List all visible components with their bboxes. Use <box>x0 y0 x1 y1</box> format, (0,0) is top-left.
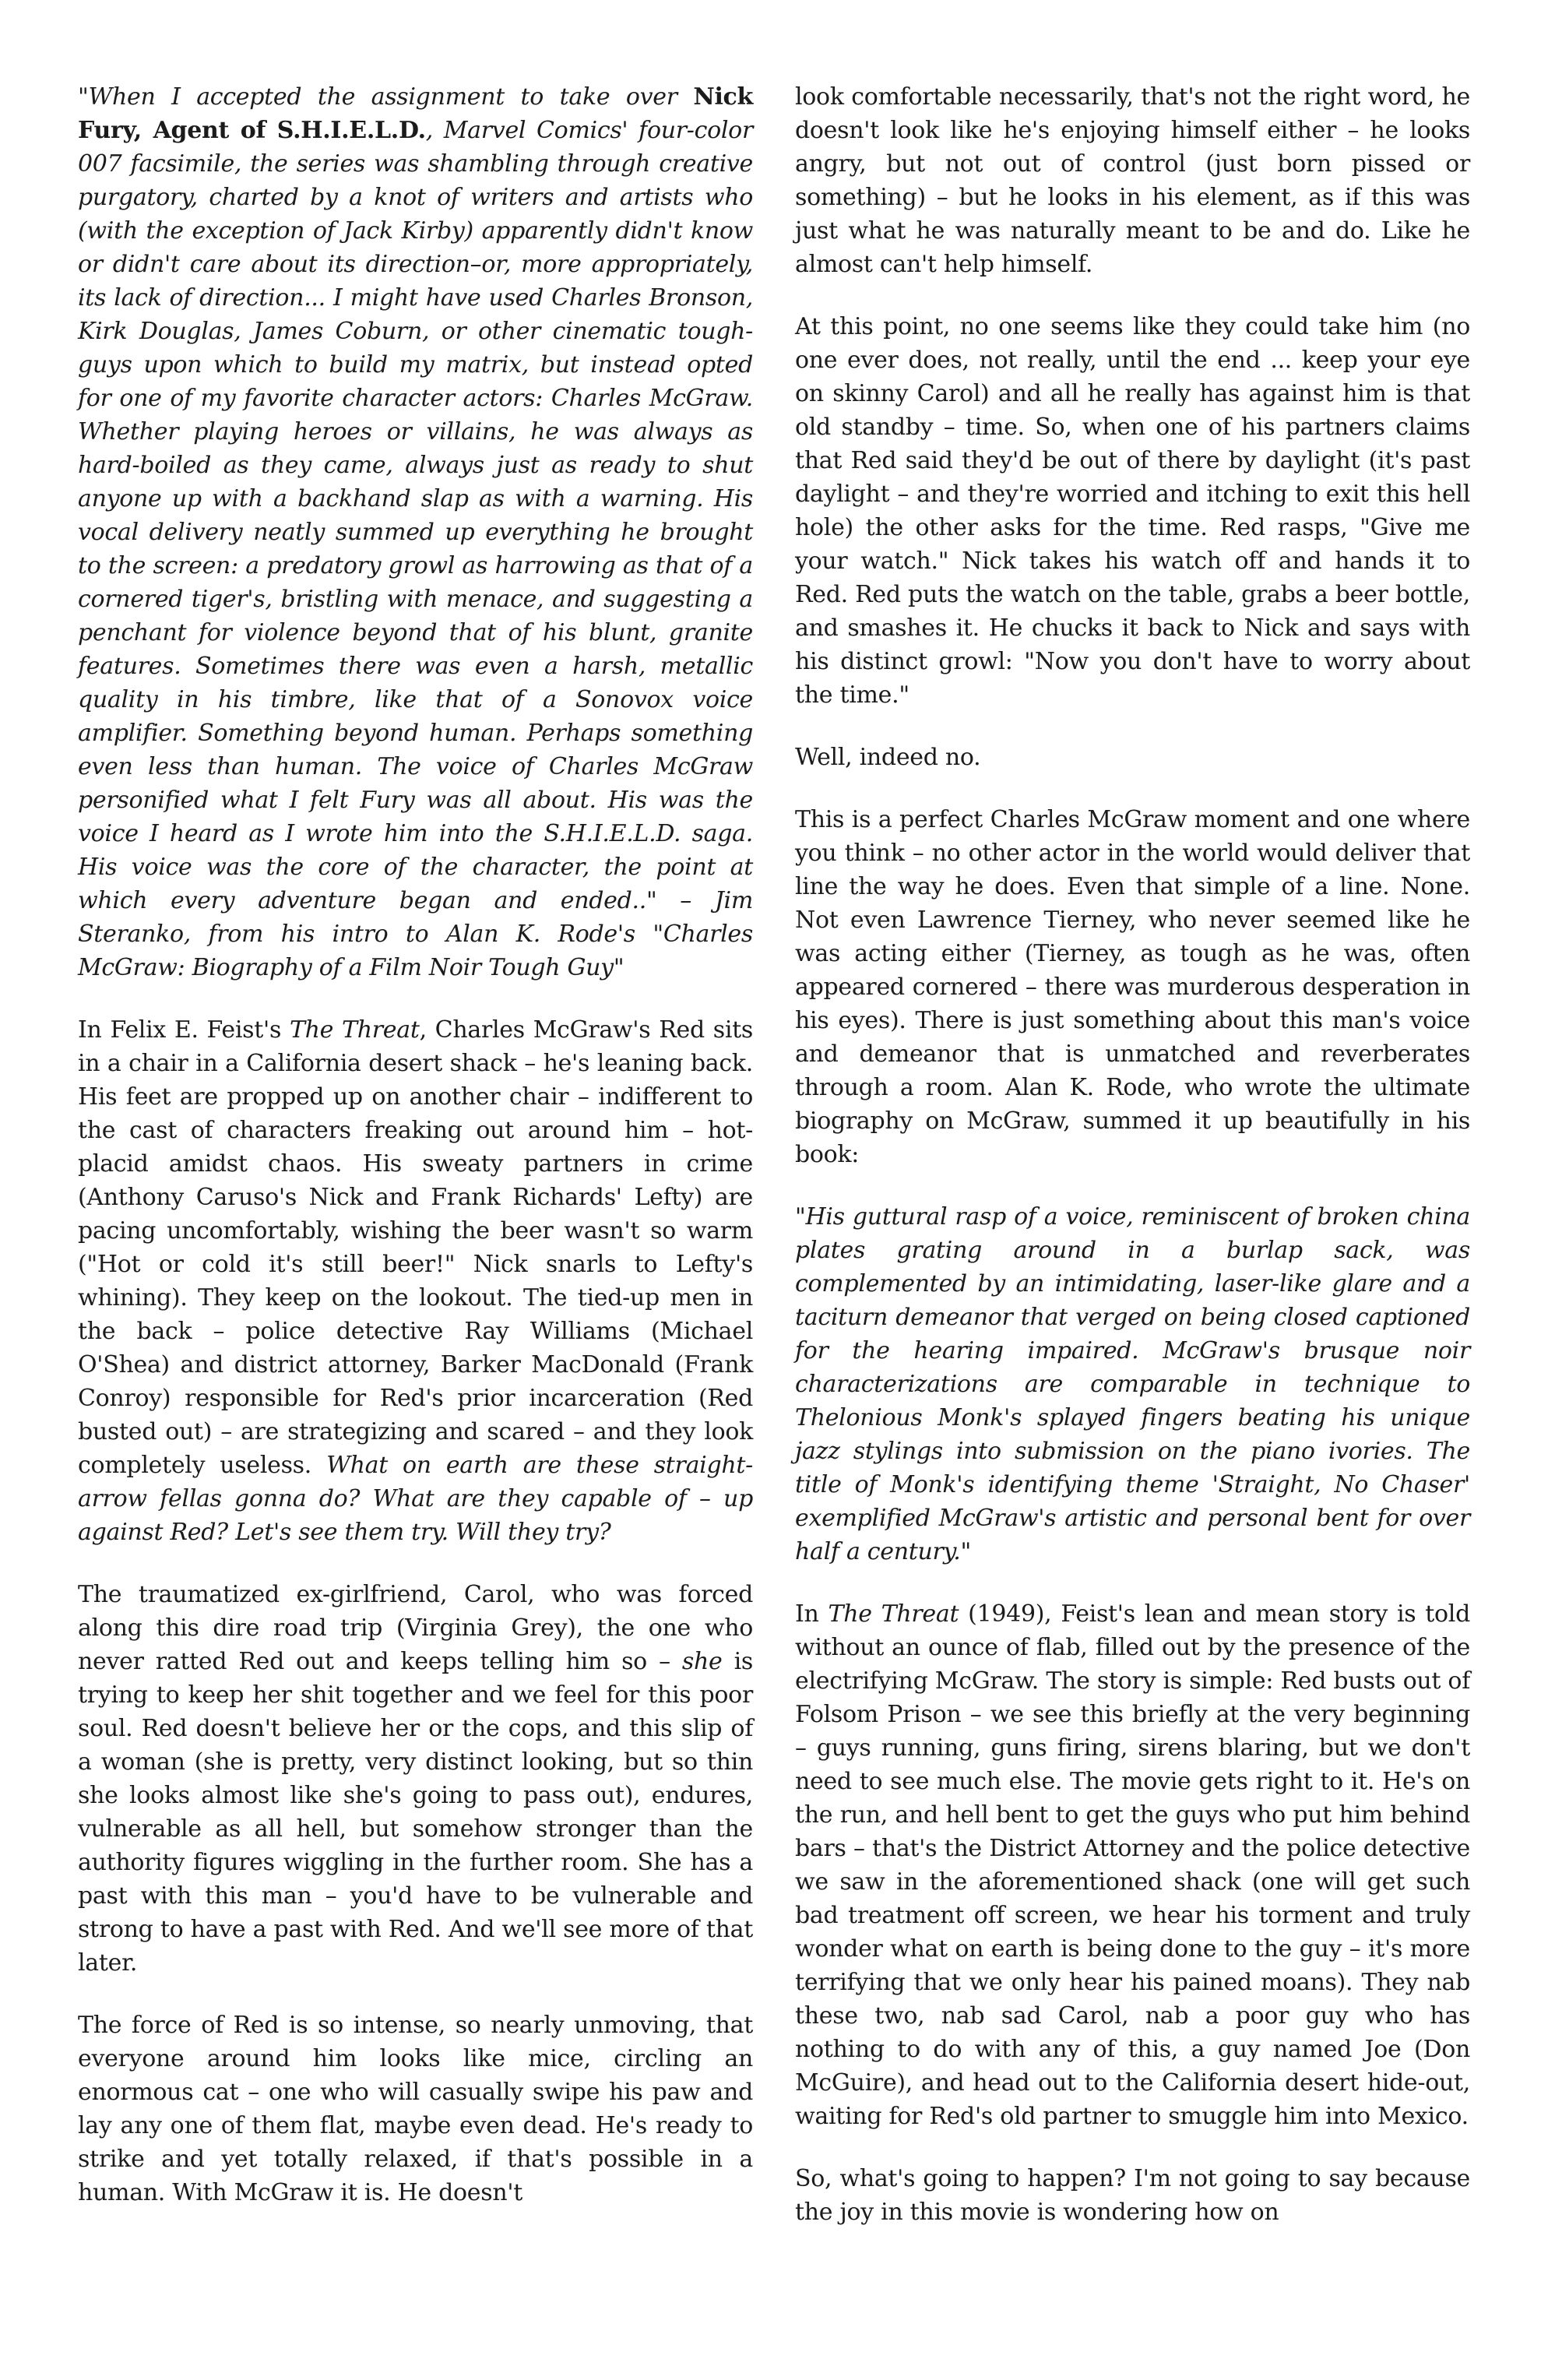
paragraph: "When I accepted the assignment to take … <box>78 80 753 984</box>
text-run: (1949), Feist's lean and mean story is t… <box>795 1600 1470 2130</box>
text-run: The Threat <box>290 1016 420 1044</box>
text-run: look comfortable necessarily, that's not… <box>795 83 1470 278</box>
left-column: "When I accepted the assignment to take … <box>78 80 753 2349</box>
paragraph: look comfortable necessarily, that's not… <box>795 80 1470 281</box>
paragraph: The traumatized ex-girlfriend, Carol, wh… <box>78 1578 753 1980</box>
text-run: she <box>682 1648 723 1675</box>
paragraph: At this point, no one seems like they co… <box>795 310 1470 712</box>
text-run: In <box>795 1600 829 1628</box>
paragraph: The force of Red is so intense, so nearl… <box>78 2009 753 2209</box>
text-run: is trying to keep her shit together and … <box>78 1648 753 1977</box>
text-run: The Threat <box>829 1600 959 1628</box>
text-run: At this point, no one seems like they co… <box>795 313 1470 709</box>
text-run: This is a perfect Charles McGraw moment … <box>795 806 1470 1168</box>
text-run: "His guttural rasp of a voice, reminisce… <box>795 1203 1470 1565</box>
paragraph: So, what's going to happen? I'm not goin… <box>795 2162 1470 2229</box>
text-run: Well, indeed no. <box>795 744 980 771</box>
paragraph: "His guttural rasp of a voice, reminisce… <box>795 1200 1470 1568</box>
text-run: , Marvel Comics' four-color 007 facsimil… <box>78 117 753 981</box>
text-run: In Felix E. Feist's <box>78 1016 290 1044</box>
text-run: So, what's going to happen? I'm not goin… <box>795 2165 1470 2226</box>
paragraph: In The Threat (1949), Feist's lean and m… <box>795 1597 1470 2133</box>
paragraph: Well, indeed no. <box>795 741 1470 774</box>
text-run: The force of Red is so intense, so nearl… <box>78 2012 753 2206</box>
text-run: , Charles McGraw's Red sits in a chair i… <box>78 1016 753 1479</box>
paragraph: This is a perfect Charles McGraw moment … <box>795 803 1470 1171</box>
article-page: "When I accepted the assignment to take … <box>0 0 1548 2380</box>
right-column: look comfortable necessarily, that's not… <box>795 80 1470 2349</box>
text-run: The traumatized ex-girlfriend, Carol, wh… <box>78 1581 753 1675</box>
paragraph: In Felix E. Feist's The Threat, Charles … <box>78 1013 753 1549</box>
text-run: "When I accepted the assignment to take … <box>78 83 693 111</box>
